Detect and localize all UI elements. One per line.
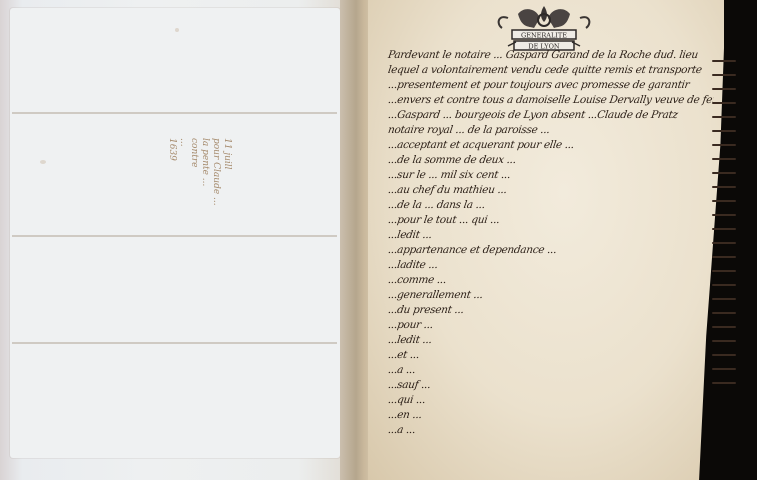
text-line: ...en ... — [387, 408, 714, 423]
left-page: 11 juill pour Claude ... la pente ... co… — [0, 0, 372, 480]
text-line: ...qui ... — [387, 393, 714, 408]
note-line: ... — [177, 138, 188, 238]
ink-spot — [175, 28, 179, 32]
note-line: contre — [188, 138, 199, 238]
text-line: ...de la ... dans la ... — [387, 198, 714, 213]
svg-text:GENERALITE: GENERALITE — [521, 32, 567, 40]
text-line: ...envers et contre tous a damoiselle Lo… — [387, 93, 714, 108]
note-line: pour Claude ... — [210, 138, 221, 238]
text-line: ...appartenance et dependance ... — [387, 243, 714, 258]
text-line: ...ladite ... — [387, 258, 714, 273]
note-line: la pente ... — [199, 138, 210, 238]
text-line: ...au chef du mathieu ... — [387, 183, 714, 198]
text-line: ...generallement ... — [387, 288, 714, 303]
text-line: ...et ... — [387, 348, 714, 363]
margin-line-ends — [712, 60, 742, 396]
text-line: notaire royal ... de la paroisse ... — [387, 123, 714, 138]
text-line: ...Gaspard ... bourgeois de Lyon absent … — [387, 108, 714, 123]
text-line: ...pour ... — [387, 318, 714, 333]
handwritten-text: Pardevant le notaire ... Gaspard Garand … — [388, 48, 713, 438]
text-line: ...de la somme de deux ... — [387, 153, 714, 168]
text-line: ...presentement et pour toujours avec pr… — [387, 78, 714, 93]
text-line: ...du present ... — [387, 303, 714, 318]
text-line: ...a ... — [387, 423, 714, 438]
text-line: ...sauf ... — [387, 378, 714, 393]
fold-line — [12, 342, 337, 344]
text-line: ...sur le ... mil six cent ... — [387, 168, 714, 183]
text-line: ...acceptant et acquerant pour elle ... — [387, 138, 714, 153]
text-line: Pardevant le notaire ... Gaspard Garand … — [387, 48, 714, 63]
rotated-notes: 11 juill pour Claude ... la pente ... co… — [166, 138, 232, 238]
text-line: ...comme ... — [387, 273, 714, 288]
text-line: lequel a volontairement vendu cede quitt… — [387, 63, 714, 78]
fold-line — [12, 112, 337, 114]
text-line: ...ledit ... — [387, 228, 714, 243]
ink-spot — [40, 160, 46, 164]
text-line: ...ledit ... — [387, 333, 714, 348]
manuscript-scan: 11 juill pour Claude ... la pente ... co… — [0, 0, 757, 480]
note-line: 1639 — [166, 138, 177, 238]
text-line: ...pour le tout ... qui ... — [387, 213, 714, 228]
note-line: 11 juill — [221, 138, 232, 238]
text-line: ...a ... — [387, 363, 714, 378]
